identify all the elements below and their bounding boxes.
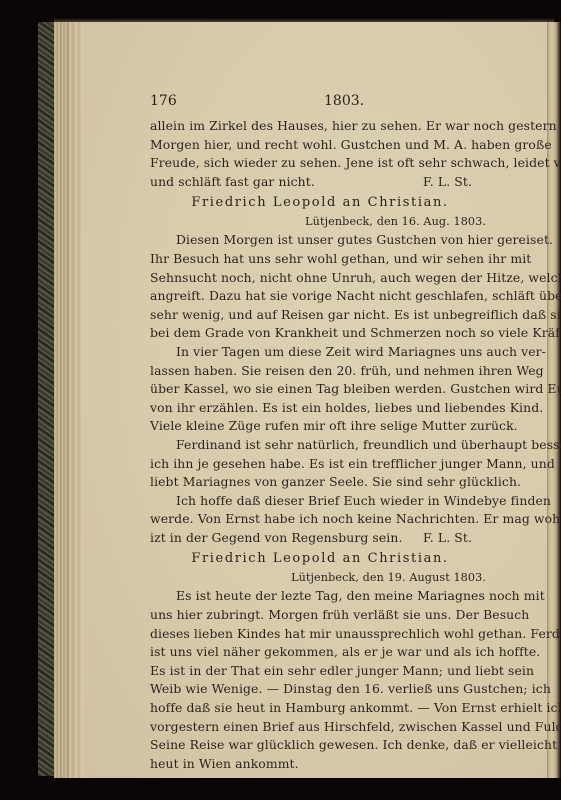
text-line: Sehnsucht noch, nicht ohne Unruh, auch w… (150, 269, 490, 288)
text-line: Weib wie Wenige. — Dinstag den 16. verli… (150, 680, 490, 699)
dateline: Lütjenbeck, den 16. Aug. 1803. (150, 213, 490, 231)
text-line: Ich hoffe daß dieser Brief Euch wieder i… (150, 492, 490, 511)
text-line: Es ist heute der lezte Tag, den meine Ma… (150, 587, 490, 606)
dateline: Lütjenbeck, den 19. August 1803. (150, 569, 490, 587)
text-line: ist uns viel näher gekommen, als er je w… (150, 643, 490, 662)
text-line: hoffe daß sie heut in Hamburg ankommt. —… (150, 699, 490, 718)
text-line: uns hier zubringt. Morgen früh verläßt s… (150, 606, 490, 625)
text-line: und schläft fast gar nicht. F. L. St. (150, 173, 490, 192)
text-line: heut in Wien ankommt. (150, 755, 490, 774)
gutter-edge (547, 22, 561, 778)
text-line: von ihr erzählen. Es ist ein holdes, lie… (150, 399, 490, 418)
text-line: Morgen hier, und recht wohl. Gustchen un… (150, 136, 490, 155)
text-line: dieses lieben Kindes hat mir unaussprech… (150, 625, 490, 644)
running-title: 1803. (324, 93, 364, 109)
letter-heading: Friedrich Leopold an Christian. (150, 194, 490, 213)
signature: F. L. St. (423, 529, 472, 548)
text-line: In vier Tagen um diese Zeit wird Mariagn… (150, 343, 490, 362)
page-number: 176 (150, 93, 177, 109)
text-line: ich ihn je gesehen habe. Es ist ein tref… (150, 455, 490, 474)
text-line: Ihr Besuch hat uns sehr wohl gethan, und… (150, 250, 490, 269)
text-line: Ferdinand ist sehr natürlich, freundlich… (150, 436, 490, 455)
page-stack-edges (54, 22, 84, 778)
text-line: über Kassel, wo sie einen Tag bleiben we… (150, 380, 490, 399)
letter-heading: Friedrich Leopold an Christian. (150, 550, 490, 569)
text-line: werde. Von Ernst habe ich noch keine Nac… (150, 510, 490, 529)
body-text: allein im Zirkel des Hauses, hier zu seh… (150, 117, 490, 773)
text-line-content: und schläft fast gar nicht. (150, 174, 315, 189)
text-line: Viele kleine Züge rufen mir oft ihre sel… (150, 417, 490, 436)
text-line: bei dem Grade von Krankheit und Schmerze… (150, 324, 490, 343)
text-line: Freude, sich wieder zu sehen. Jene ist o… (150, 154, 490, 173)
text-line: liebt Mariagnes von ganzer Seele. Sie si… (150, 473, 490, 492)
text-line: vorgestern einen Brief aus Hirschfeld, z… (150, 718, 490, 737)
signature: F. L. St. (423, 173, 472, 192)
text-line: Diesen Morgen ist unser gutes Gustchen v… (150, 231, 490, 250)
text-line: sehr wenig, und auf Reisen gar nicht. Es… (150, 306, 490, 325)
text-line: izt in der Gegend von Regensburg sein. F… (150, 529, 490, 548)
text-line-content: izt in der Gegend von Regensburg sein. (150, 530, 402, 545)
marbled-cover-edge (38, 22, 54, 776)
text-line: Es ist in der That ein sehr edler junger… (150, 662, 490, 681)
scanned-book-page: 176 1803. allein im Zirkel des Hauses, h… (0, 0, 561, 800)
text-line: allein im Zirkel des Hauses, hier zu seh… (150, 117, 490, 136)
book-page: 176 1803. allein im Zirkel des Hauses, h… (84, 22, 547, 778)
text-line: lassen haben. Sie reisen den 20. früh, u… (150, 362, 490, 381)
text-line: angreift. Dazu hat sie vorige Nacht nich… (150, 287, 490, 306)
text-line: Seine Reise war glücklich gewesen. Ich d… (150, 736, 490, 755)
